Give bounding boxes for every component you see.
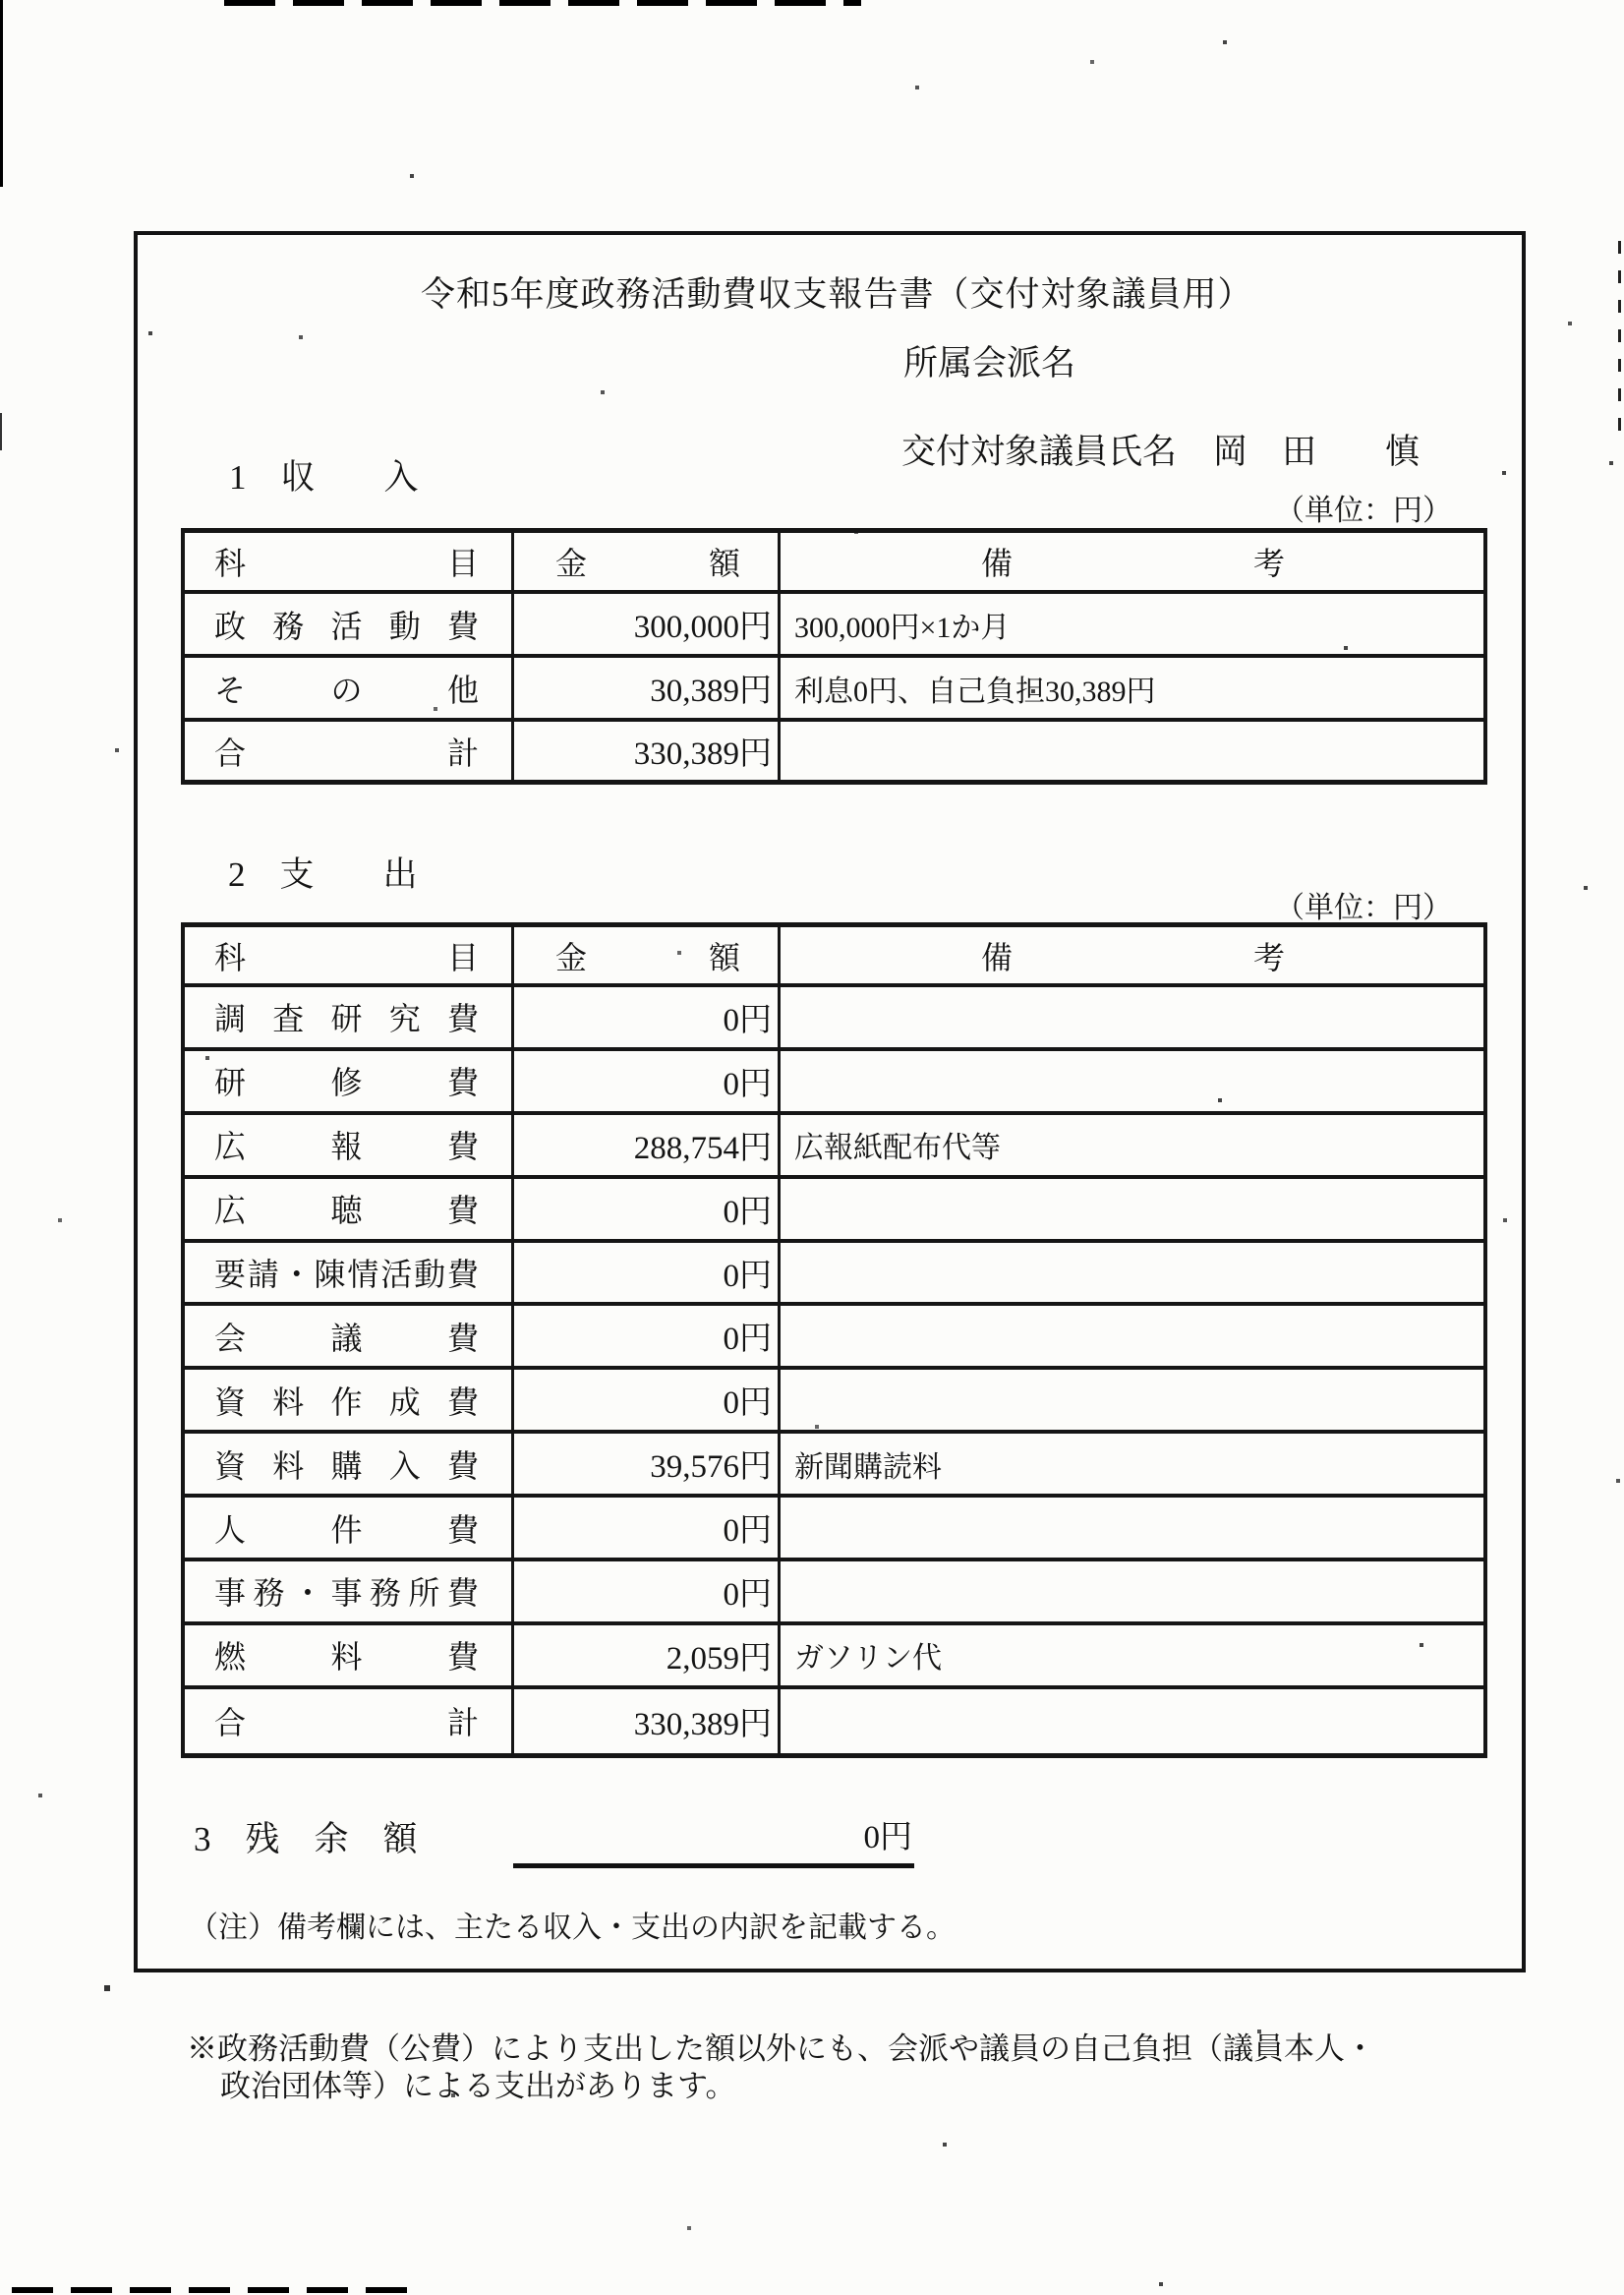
income-total-subject: 合計 (185, 722, 514, 780)
remainder-section-heading: 3 残 余 額 (194, 1812, 418, 1861)
expense-row-amount: 0円 (514, 1179, 781, 1243)
expense-total-amount: 330,389円 (514, 1689, 781, 1753)
remainder-amount: 0円 (513, 1814, 914, 1868)
income-header-subject: 科目 (185, 533, 514, 594)
member-name-value: 岡 田 慎 (1213, 433, 1420, 471)
expense-row-remarks (781, 1370, 1483, 1434)
member-name-label: 交付対象議員氏名 (901, 433, 1177, 471)
scan-artifact-right-edge (1618, 241, 1621, 438)
income-row-subject: 政務活動費 (185, 594, 514, 658)
expense-row-amount: 0円 (514, 1243, 781, 1307)
affiliation-label: 所属会派名 (903, 336, 1075, 385)
expense-row-remarks (781, 1306, 1483, 1370)
income-row-amount: 30,389円 (514, 658, 781, 722)
expense-row-subject: 事務・事務所費 (185, 1561, 514, 1625)
expense-row-remarks (781, 1498, 1483, 1561)
expense-row-subject: 燃料費 (185, 1625, 514, 1689)
expense-section-heading: 2 支 出 (228, 848, 418, 897)
expense-row-remarks (781, 1051, 1483, 1115)
expense-row-amount: 0円 (514, 1306, 781, 1370)
income-header-remarks: 備考 (781, 533, 1483, 594)
expense-row-remarks: ガソリン代 (781, 1625, 1483, 1689)
expense-row-subject: 広報費 (185, 1115, 514, 1179)
expense-row-remarks (781, 1243, 1483, 1307)
expense-header-remarks: 備考 (781, 927, 1483, 987)
expense-row-remarks (781, 1561, 1483, 1625)
income-header-amount: 金額 (514, 533, 781, 594)
expense-row-amount: 0円 (514, 1561, 781, 1625)
expense-row-subject: 資料作成費 (185, 1370, 514, 1434)
expense-row-subject: 資料購入費 (185, 1434, 514, 1498)
income-unit-note: （単位：円） (1275, 486, 1452, 529)
expense-row-subject: 会議費 (185, 1306, 514, 1370)
scan-artifact-top-edge (224, 0, 861, 6)
income-row-amount: 300,000円 (514, 594, 781, 658)
expense-row-amount: 39,576円 (514, 1434, 781, 1498)
expense-table: 科目 金額 備考 調査研究費 0円 研修費 0円 広報費 288,754円 広報… (181, 922, 1487, 1758)
expense-row-subject: 広聴費 (185, 1179, 514, 1243)
income-row-remarks: 300,000円×1か月 (781, 594, 1483, 658)
scan-noise-speckles (0, 0, 2, 2)
income-row-remarks: 利息0円、自己負担30,389円 (781, 658, 1483, 722)
expense-row-amount: 0円 (514, 1370, 781, 1434)
expense-header-amount: 金額 (514, 927, 781, 987)
remarks-note: （注）備考欄には、主たる収入・支出の内訳を記載する。 (189, 1903, 956, 1946)
expense-header-subject: 科目 (185, 927, 514, 987)
income-row-subject: その他 (185, 658, 514, 722)
document-title: 令和5年度政務活動費収支報告書（交付対象議員用） (421, 267, 1253, 317)
income-total-amount: 330,389円 (514, 722, 781, 780)
expense-row-remarks (781, 987, 1483, 1051)
expense-row-subject: 調査研究費 (185, 987, 514, 1051)
income-table: 科目 金額 備考 政務活動費 300,000円 300,000円×1か月 その他… (181, 528, 1487, 785)
scan-artifact-bottom-edge (12, 2287, 425, 2293)
expense-row-amount: 0円 (514, 1498, 781, 1561)
expense-row-amount: 2,059円 (514, 1625, 781, 1689)
expense-total-remarks (781, 1689, 1483, 1753)
expense-row-subject: 人件費 (185, 1498, 514, 1561)
expense-row-remarks: 新聞購読料 (781, 1434, 1483, 1498)
expense-row-remarks (781, 1179, 1483, 1243)
expense-row-amount: 288,754円 (514, 1115, 781, 1179)
expense-row-subject: 要請・陳情活動費 (185, 1243, 514, 1307)
income-section-heading: 1 収 入 (229, 450, 419, 500)
expense-row-subject: 研修費 (185, 1051, 514, 1115)
expense-row-amount: 0円 (514, 987, 781, 1051)
scan-artifact-left-edge (0, 0, 3, 187)
expense-total-subject: 合計 (185, 1689, 514, 1753)
expense-row-amount: 0円 (514, 1051, 781, 1115)
footnote-line2: 政治団体等）による支出があります。 (220, 2061, 736, 2105)
member-name-line: 交付対象議員氏名岡 田 慎 (901, 425, 1420, 474)
expense-row-remarks: 広報紙配布代等 (781, 1115, 1483, 1179)
scan-artifact-left-mark (0, 413, 2, 450)
expense-unit-note: （単位：円） (1275, 883, 1452, 926)
income-total-remarks (781, 722, 1483, 780)
